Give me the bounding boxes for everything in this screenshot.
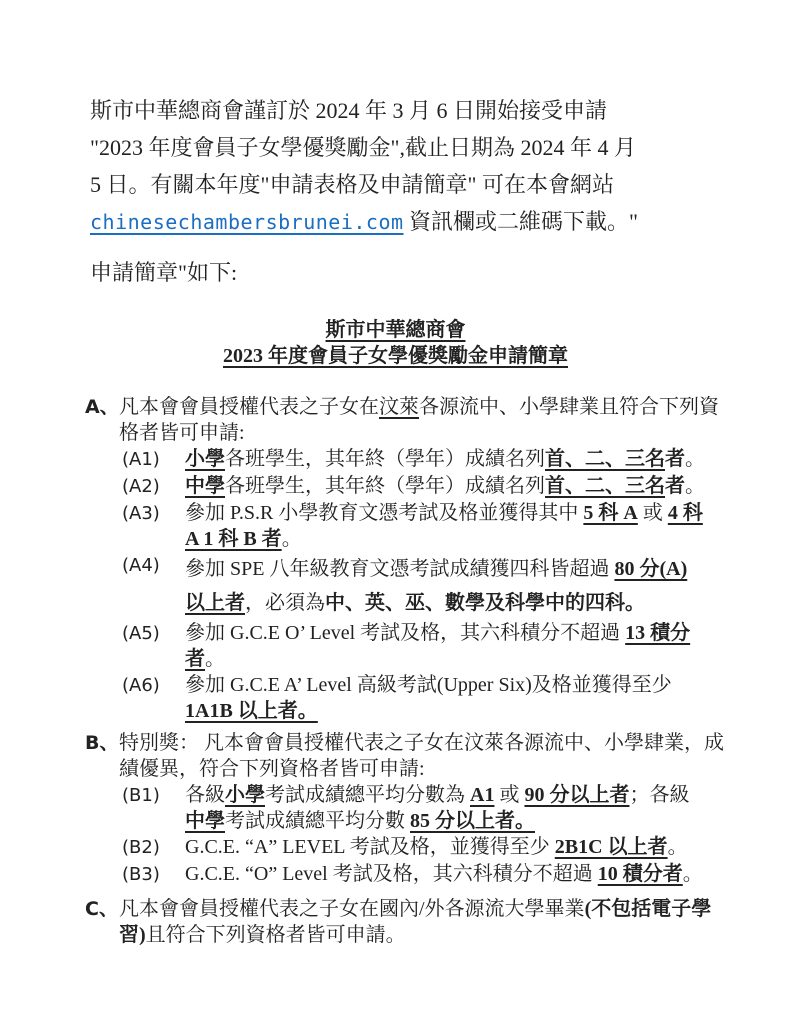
- item-a1: (A1) 小學各班學生，其年終（學年）成績名列首、二、三名者。: [122, 446, 731, 473]
- section-c-label: C、: [85, 896, 119, 922]
- website-link[interactable]: chinesechambersbrunei.com: [90, 210, 404, 234]
- item-a5-text: 參加 G.C.E O’ Level 考試及格，其六科積分不超過 13 積分者。: [185, 620, 707, 672]
- item-a2: (A2) 中學各班學生，其年終（學年）成績名列首、二、三名者。: [122, 473, 731, 500]
- item-a6-id: (A6): [122, 672, 185, 699]
- item-a2-id: (A2): [122, 473, 185, 500]
- item-b3: (B3) G.C.E. “O” Level 考試及格，其六科積分不超過 10 積…: [122, 861, 731, 888]
- item-a1-id: (A1): [122, 446, 185, 473]
- section-c-heading-text: 凡本會會員授權代表之子女在國內/外各源流大學畢業(不包括電子學習)且符合下列資格…: [119, 896, 731, 948]
- doc-title: 2023 年度會員子女學優獎勵金申請簡章: [223, 343, 568, 369]
- intro-paragraph: 斯市中華總商會謹訂於 2024 年 3 月 6 日開始接受申請 "2023 年度…: [90, 92, 733, 241]
- text-run: 者: [665, 475, 685, 497]
- text-run: 汶萊: [379, 396, 419, 418]
- text-run: 小學: [185, 448, 225, 470]
- item-b1-text: 各級小學考試成績總平均分數為 A1 或 90 分以上者；各級中學考試成績總平均分…: [185, 782, 707, 834]
- section-b-items: (B1) 各級小學考試成績總平均分數為 A1 或 90 分以上者；各級中學考試成…: [122, 782, 731, 888]
- text-run: 或: [638, 502, 668, 524]
- text-run: 各級: [185, 784, 225, 806]
- item-a3: (A3) 參加 P.S.R 小學教育文憑考試及格並獲得其中 5 科 A 或 4 …: [122, 500, 731, 552]
- item-b2-id: (B2): [122, 834, 185, 861]
- org-title: 斯市中華總商會: [326, 317, 466, 343]
- item-b3-id: (B3): [122, 861, 185, 888]
- text-run: 中、英、巫、數學及科學中的四科。: [325, 592, 645, 614]
- text-run: 。: [668, 836, 688, 858]
- text-run: 2B1C 以上者: [555, 836, 668, 858]
- text-run: G.C.E. “A” LEVEL 考試及格，並獲得至少: [185, 836, 555, 858]
- text-run: 5 科 A: [583, 502, 637, 524]
- item-b2: (B2) G.C.E. “A” LEVEL 考試及格，並獲得至少 2B1C 以上…: [122, 834, 731, 861]
- text-run: G.C.E. “O” Level 考試及格，其六科積分不超過: [185, 863, 598, 885]
- item-a4-text: 參加 SPE 八年級教育文憑考試成績獲四科皆超過 80 分(A) 以上者，必須為…: [185, 552, 707, 620]
- text-run: 首、二、三名: [545, 475, 665, 497]
- text-run: 凡本會會員授權代表之子女在: [119, 396, 379, 418]
- text-run: 首、二、三名: [545, 448, 665, 470]
- item-b2-text: G.C.E. “A” LEVEL 考試及格，並獲得至少 2B1C 以上者。: [185, 834, 688, 860]
- text-run: ；各級: [629, 784, 689, 806]
- text-run: 參加 G.C.E A’ Level 高級考試(Upper Six)及格並獲得至少: [185, 674, 672, 696]
- text-run: 85 分以上者。: [410, 810, 535, 832]
- text-run: 考試成績總平均分數為: [265, 784, 470, 806]
- item-a5: (A5) 參加 G.C.E O’ Level 考試及格，其六科積分不超過 13 …: [122, 620, 731, 672]
- text-run: 90 分以上者: [524, 784, 629, 806]
- text-run: 。: [683, 863, 703, 885]
- text-run: 特別獎： 凡本會會員授權代表之子女在汶萊各源流中、小學肆業，成績優異，符合下列資…: [119, 732, 724, 780]
- item-a2-text: 中學各班學生，其年終（學年）成績名列首、二、三名者。: [185, 473, 705, 499]
- section-a: A、 凡本會會員授權代表之子女在汶萊各源流中、小學肆業且符合下列資格者皆可申請:…: [85, 394, 731, 724]
- text-run: ，必須為: [245, 592, 325, 614]
- section-b-heading: B、 特別獎： 凡本會會員授權代表之子女在汶萊各源流中、小學肆業，成績優異，符合…: [85, 730, 731, 782]
- section-c: C、 凡本會會員授權代表之子女在國內/外各源流大學畢業(不包括電子學習)且符合下…: [85, 896, 731, 948]
- text-run: 考試成績總平均分數: [225, 810, 410, 832]
- section-a-items: (A1) 小學各班學生，其年終（學年）成績名列首、二、三名者。 (A2) 中學各…: [122, 446, 731, 724]
- document-page: 斯市中華總商會謹訂於 2024 年 3 月 6 日開始接受申請 "2023 年度…: [0, 0, 791, 1024]
- section-a-label: A、: [85, 394, 119, 420]
- intro-line-2: "2023 年度會員子女學優獎勵金",截止日期為 2024 年 4 月: [90, 129, 733, 166]
- intro-line-4: chinesechambersbrunei.com 資訊欄或二維碼下載。": [90, 203, 733, 241]
- item-a4-id: (A4): [122, 552, 185, 579]
- section-a-heading-text: 凡本會會員授權代表之子女在汶萊各源流中、小學肆業且符合下列資格者皆可申請:: [119, 394, 731, 446]
- item-b1: (B1) 各級小學考試成績總平均分數為 A1 或 90 分以上者；各級中學考試成…: [122, 782, 731, 834]
- section-b-label: B、: [85, 730, 119, 756]
- text-run: 小學: [225, 784, 265, 806]
- text-run: 參加 G.C.E O’ Level 考試及格，其六科積分不超過: [185, 622, 625, 644]
- title-block: 斯市中華總商會 2023 年度會員子女學優獎勵金申請簡章: [0, 317, 791, 369]
- text-run: 。: [685, 448, 705, 470]
- item-b3-text: G.C.E. “O” Level 考試及格，其六科積分不超過 10 積分者。: [185, 861, 703, 887]
- section-c-heading: C、 凡本會會員授權代表之子女在國內/外各源流大學畢業(不包括電子學習)且符合下…: [85, 896, 731, 948]
- text-run: 參加 SPE 八年級教育文憑考試成績獲四科皆超過: [185, 558, 614, 580]
- intro-line-4-rest: 資訊欄或二維碼下載。": [404, 209, 638, 234]
- text-run: 1A1B 以上者。: [185, 700, 318, 722]
- text-run: 各班學生，其年終（學年）成績名列: [225, 448, 545, 470]
- intro-line-3: 5 日。有關本年度"申請表格及申請簡章" 可在本會網站: [90, 166, 733, 203]
- text-run: 。: [685, 475, 705, 497]
- text-run: 且符合下列資格者皆可申請。: [146, 924, 406, 946]
- subtitle: 申請簡章"如下:: [90, 259, 791, 287]
- intro-line-1: 斯市中華總商會謹訂於 2024 年 3 月 6 日開始接受申請: [90, 92, 733, 129]
- item-a3-id: (A3): [122, 500, 185, 527]
- text-run: 凡本會會員授權代表之子女在國內/外各源流大學畢業: [119, 898, 585, 920]
- text-run: 參加 P.S.R 小學教育文憑考試及格並獲得其中: [185, 502, 583, 524]
- section-a-heading: A、 凡本會會員授權代表之子女在汶萊各源流中、小學肆業且符合下列資格者皆可申請:: [85, 394, 731, 446]
- item-a6-text: 參加 G.C.E A’ Level 高級考試(Upper Six)及格並獲得至少…: [185, 672, 707, 724]
- section-b: B、 特別獎： 凡本會會員授權代表之子女在汶萊各源流中、小學肆業，成績優異，符合…: [85, 730, 731, 888]
- section-b-heading-text: 特別獎： 凡本會會員授權代表之子女在汶萊各源流中、小學肆業，成績優異，符合下列資…: [119, 730, 731, 782]
- item-a1-text: 小學各班學生，其年終（學年）成績名列首、二、三名者。: [185, 446, 705, 472]
- text-run: 。: [282, 528, 302, 550]
- text-run: 或: [494, 784, 524, 806]
- text-run: 各班學生，其年終（學年）成績名列: [225, 475, 545, 497]
- text-run: 10 積分者: [598, 863, 683, 885]
- text-run: 。: [205, 648, 225, 670]
- text-run: A1: [470, 784, 494, 806]
- item-a3-text: 參加 P.S.R 小學教育文憑考試及格並獲得其中 5 科 A 或 4 科 A 1…: [185, 500, 707, 552]
- item-b1-id: (B1): [122, 782, 185, 809]
- text-run: 中學: [185, 475, 225, 497]
- item-a5-id: (A5): [122, 620, 185, 647]
- text-run: 者: [665, 448, 685, 470]
- item-a4: (A4) 參加 SPE 八年級教育文憑考試成績獲四科皆超過 80 分(A) 以上…: [122, 552, 731, 620]
- item-a6: (A6) 參加 G.C.E A’ Level 高級考試(Upper Six)及格…: [122, 672, 731, 724]
- text-run: 中學: [185, 810, 225, 832]
